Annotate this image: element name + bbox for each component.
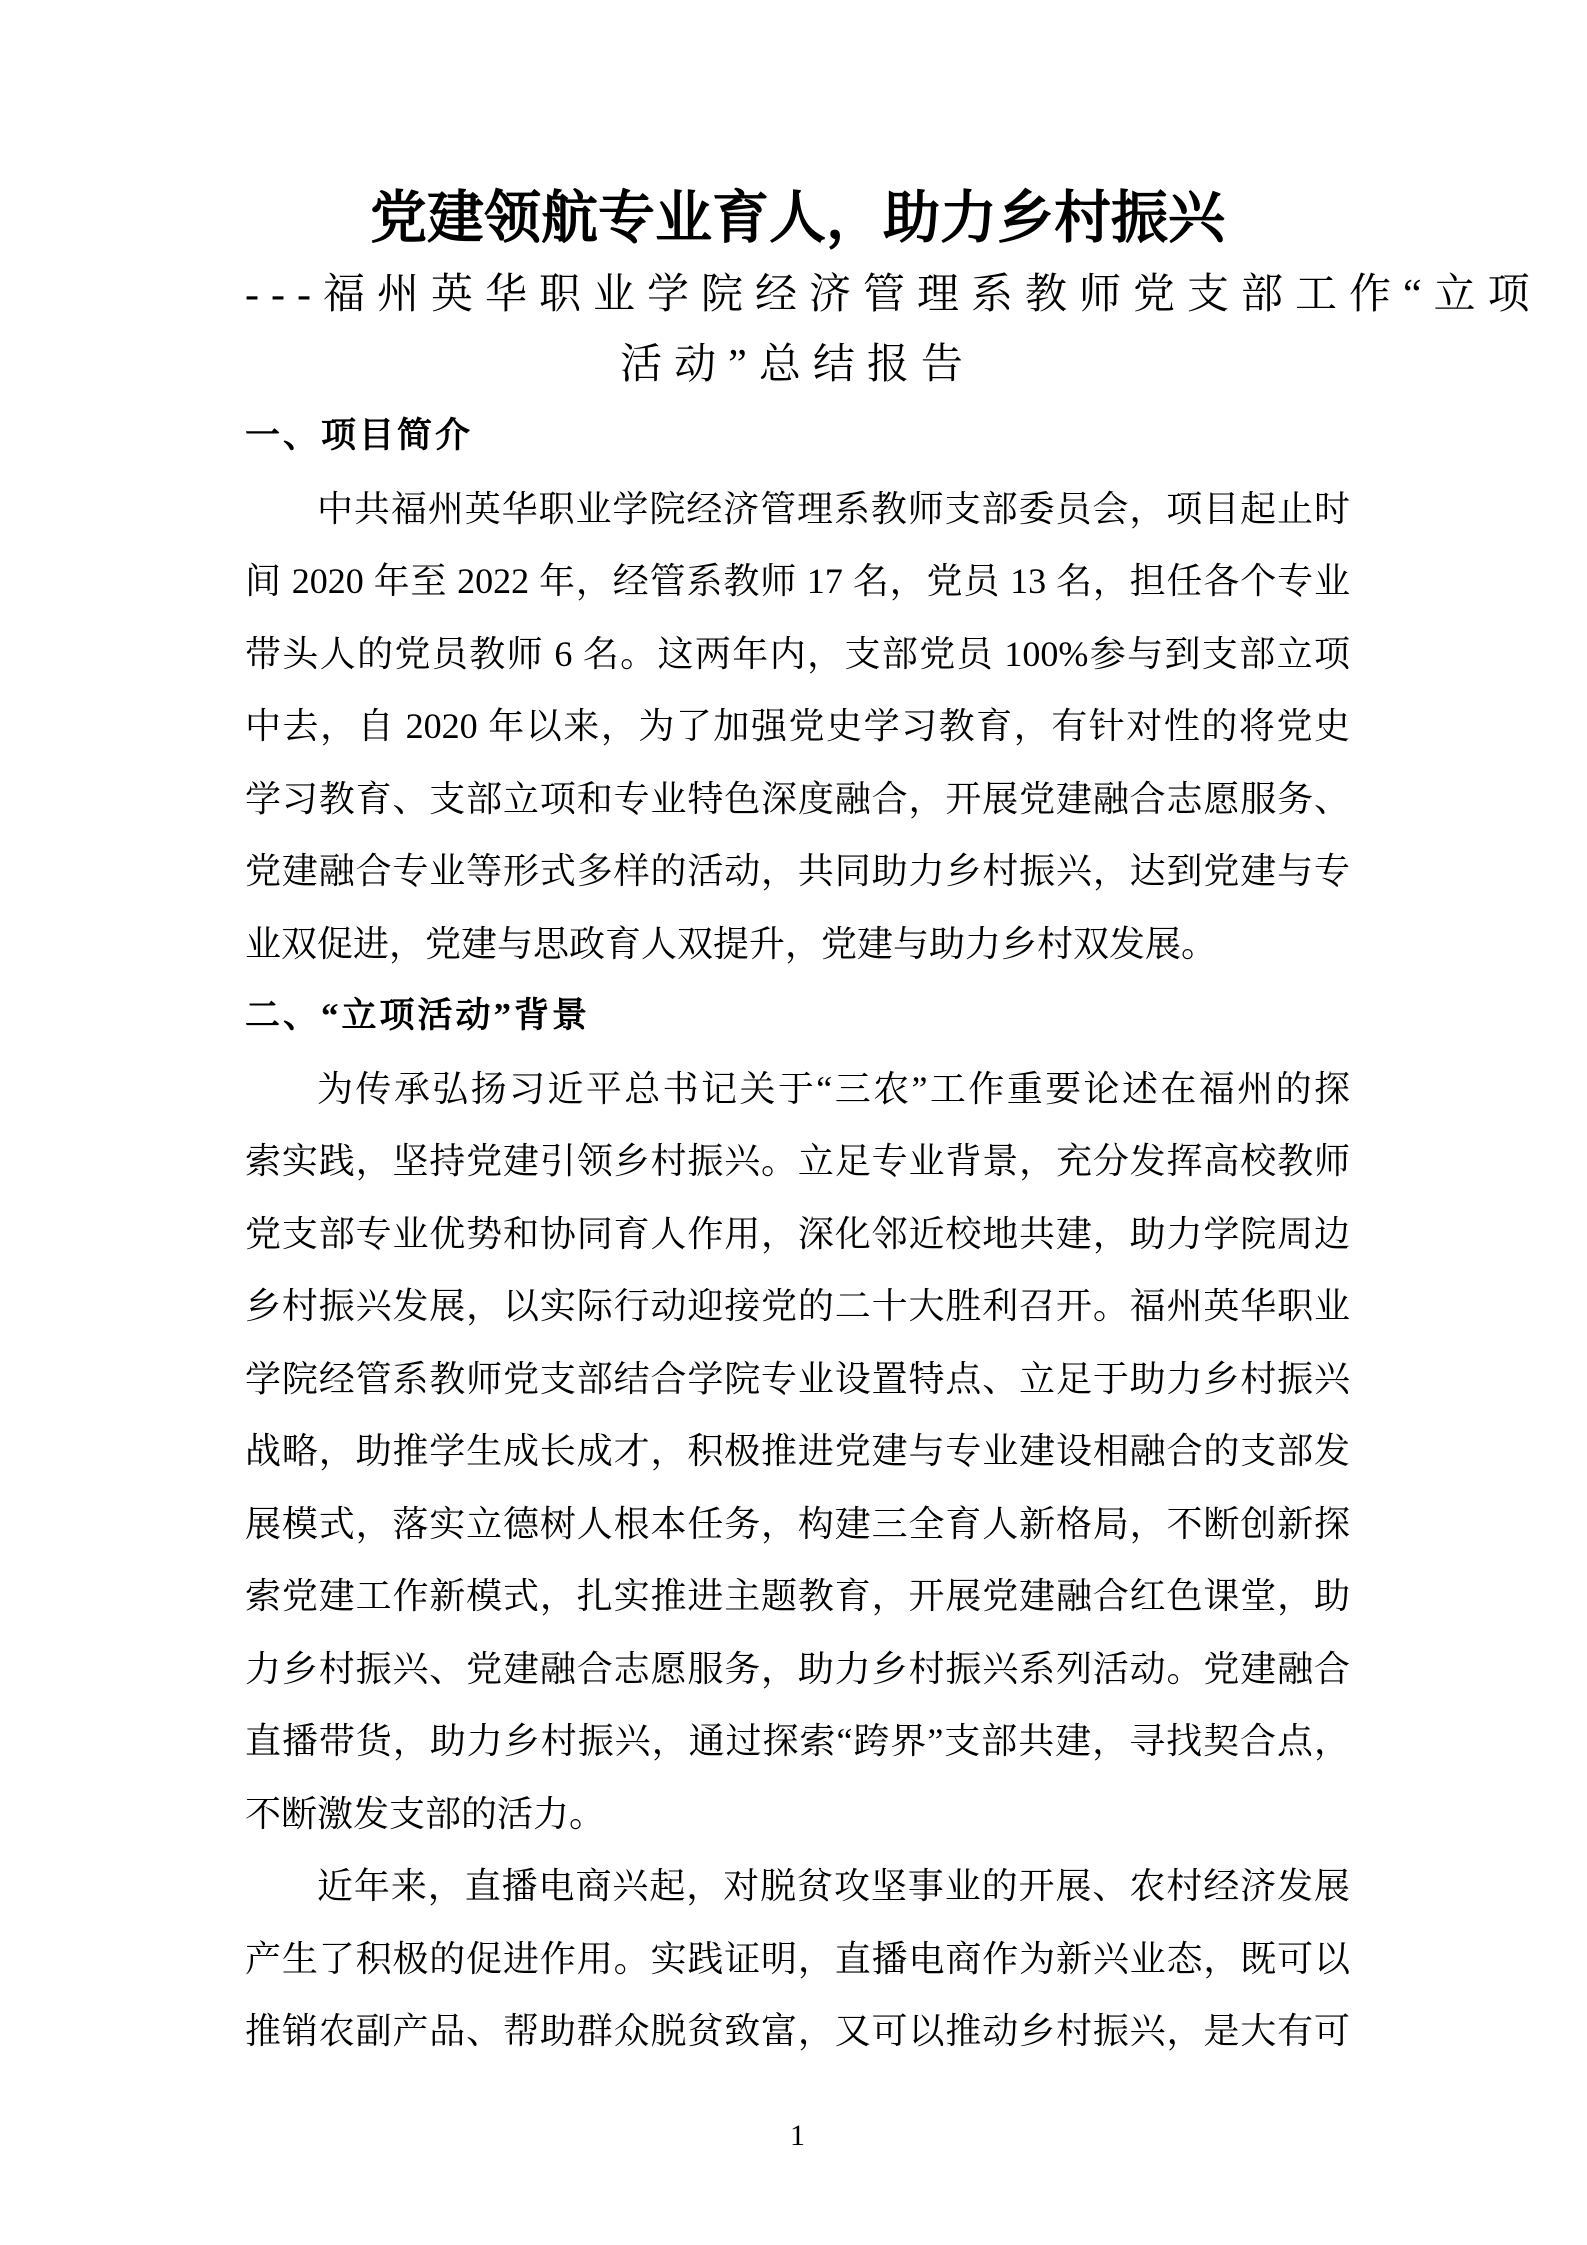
body-line: 党支部专业优势和协同育人作用，深化邻近校地共建，助力学院周边 xyxy=(245,1198,1350,1271)
body-line: 直播带货，助力乡村振兴，通过探索“跨界”支部共建，寻找契合点， xyxy=(245,1705,1350,1778)
body-line: 推销农副产品、帮助群众脱贫致富，又可以推动乡村振兴，是大有可 xyxy=(245,1995,1350,2068)
body-line: 乡村振兴发展，以实际行动迎接党的二十大胜利召开。福州英华职业 xyxy=(245,1270,1350,1343)
body-line: 索实践，坚持党建引领乡村振兴。立足专业背景，充分发挥高校教师 xyxy=(245,1125,1350,1198)
body-line: 近年来，直播电商兴起，对脱贫攻坚事业的开展、农村经济发展 xyxy=(245,1850,1350,1923)
section-1-paragraph-1: 中共福州英华职业学院经济管理系教师支部委员会，项目起止时 间 2020 年至 2… xyxy=(245,473,1350,981)
body-line: 带头人的党员教师 6 名。这两年内，支部党员 100%参与到支部立项 xyxy=(245,618,1350,691)
body-line: 产生了积极的促进作用。实践证明，直播电商作为新兴业态，既可以 xyxy=(245,1923,1350,1996)
body-line: 索党建工作新模式，扎实推进主题教育，开展党建融合红色课堂，助 xyxy=(245,1560,1350,1633)
subtitle-line-1: ---福州英华职业学院经济管理系教师党支部工作“立项 xyxy=(245,260,1350,330)
body-line: 力乡村振兴、党建融合志愿服务，助力乡村振兴系列活动。党建融合 xyxy=(245,1633,1350,1706)
section-heading-1: 一、项目简介 xyxy=(245,400,1350,473)
document-page: 党建领航专业育人，助力乡村振兴 ---福州英华职业学院经济管理系教师党支部工作“… xyxy=(0,0,1587,2245)
section-2-paragraph-1: 为传承弘扬习近平总书记关于“三农”工作重要论述在福州的探 索实践，坚持党建引领乡… xyxy=(245,1053,1350,1851)
body-line: 为传承弘扬习近平总书记关于“三农”工作重要论述在福州的探 xyxy=(245,1053,1350,1126)
body-line: 学习教育、支部立项和专业特色深度融合，开展党建融合志愿服务、 xyxy=(245,763,1350,836)
page-number: 1 xyxy=(245,2108,1350,2163)
body-line: 间 2020 年至 2022 年，经管系教师 17 名，党员 13 名，担任各个… xyxy=(245,545,1350,618)
body-line: 展模式，落实立德树人根本任务，构建三全育人新格局，不断创新探 xyxy=(245,1488,1350,1561)
body-line: 业双促进，党建与思政育人双提升，党建与助力乡村双发展。 xyxy=(245,908,1350,981)
section-heading-2: 二、“立项活动”背景 xyxy=(245,980,1350,1053)
subtitle-line-2: 活动”总结报告 xyxy=(245,330,1350,400)
document-body: 一、项目简介 中共福州英华职业学院经济管理系教师支部委员会，项目起止时 间 20… xyxy=(245,400,1350,2068)
body-line: 中共福州英华职业学院经济管理系教师支部委员会，项目起止时 xyxy=(245,473,1350,546)
section-2-paragraph-2: 近年来，直播电商兴起，对脱贫攻坚事业的开展、农村经济发展 产生了积极的促进作用。… xyxy=(245,1850,1350,2068)
body-line: 不断激发支部的活力。 xyxy=(245,1778,1350,1851)
document-title: 党建领航专业育人，助力乡村振兴 xyxy=(245,0,1350,260)
body-line: 党建融合专业等形式多样的活动，共同助力乡村振兴，达到党建与专 xyxy=(245,835,1350,908)
body-line: 战略，助推学生成长成才，积极推进党建与专业建设相融合的支部发 xyxy=(245,1415,1350,1488)
document-subtitle: ---福州英华职业学院经济管理系教师党支部工作“立项 活动”总结报告 xyxy=(245,260,1350,400)
body-line: 中去，自 2020 年以来，为了加强党史学习教育，有针对性的将党史 xyxy=(245,690,1350,763)
body-line: 学院经管系教师党支部结合学院专业设置特点、立足于助力乡村振兴 xyxy=(245,1343,1350,1416)
